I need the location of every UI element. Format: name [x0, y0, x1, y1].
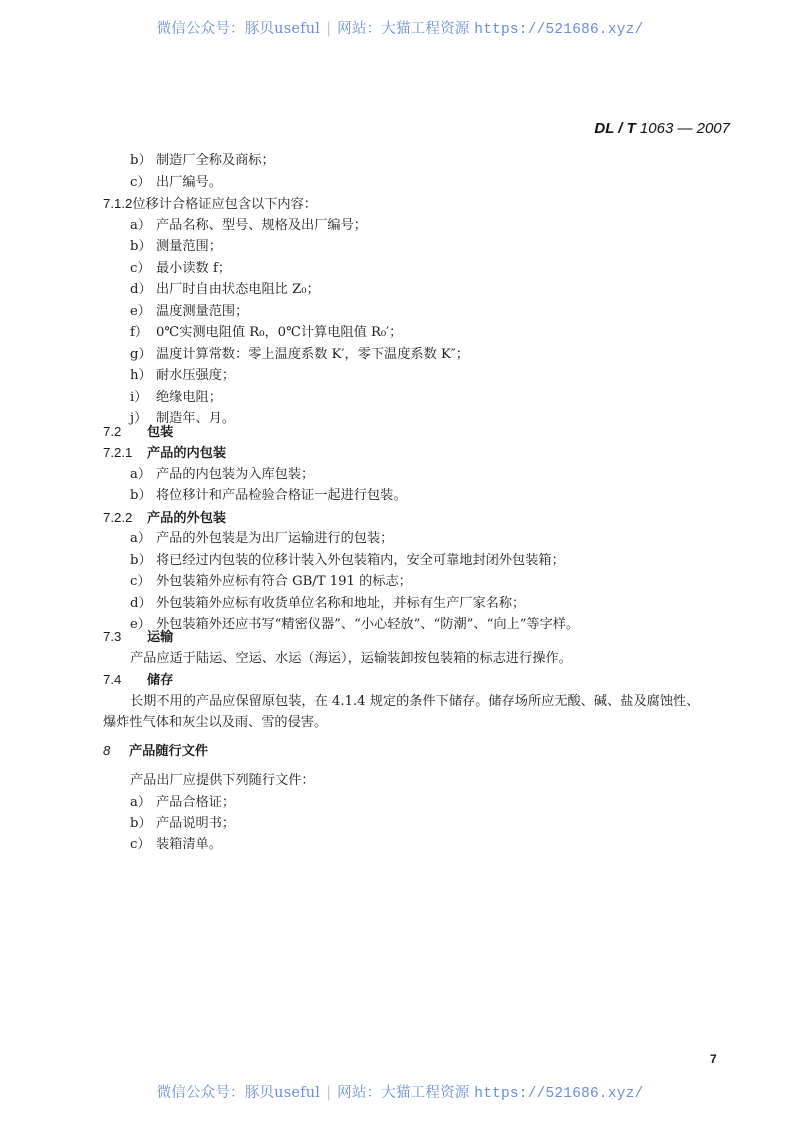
- section-heading-7-2: 7.2包装: [103, 423, 173, 441]
- section-heading-8: 8产品随行文件: [103, 742, 208, 760]
- watermark-account: 微信公众号：豚贝useful: [157, 1085, 321, 1101]
- watermark-url: https://521686.xyz/: [474, 22, 643, 38]
- section-heading-7-2-1: 7.2.1产品的内包装: [103, 444, 226, 462]
- list-item: c）出厂编号。: [130, 174, 222, 192]
- list-item: h）耐水压强度；: [130, 367, 235, 385]
- list-item: b）产品说明书；: [130, 815, 235, 833]
- list-item: b）测量范围；: [130, 238, 222, 256]
- watermark-url: https://521686.xyz/: [474, 1086, 643, 1102]
- list-item: b）制造厂全称及商标；: [130, 152, 275, 170]
- paragraph-continuation: 爆炸性气体和灰尘以及雨、雪的侵害。: [103, 714, 327, 732]
- list-item: e）温度测量范围；: [130, 303, 248, 321]
- list-item: c）最小读数 f；: [130, 260, 231, 278]
- list-item: a）产品的内包装为入库包装；: [130, 466, 314, 484]
- list-item: d）出厂时自由状态电阻比 Z₀；: [130, 281, 320, 299]
- standard-code: DL / T: [594, 120, 635, 137]
- section-heading-7-2-2: 7.2.2产品的外包装: [103, 509, 226, 527]
- list-item: d）外包装箱外应标有收货单位名称和地址，并标有生产厂家名称；: [130, 595, 525, 613]
- list-item: a）产品合格证；: [130, 794, 235, 812]
- watermark-account: 微信公众号：豚贝useful: [157, 21, 321, 37]
- section-heading-7-3: 7.3运输: [103, 628, 173, 646]
- watermark-site: 网站：大猫工程资源: [337, 21, 469, 37]
- watermark-separator: |: [326, 1085, 331, 1101]
- section-heading-7-1-2: 7.1.2位移计合格证应包含以下内容：: [103, 195, 317, 214]
- list-item: f）0℃实测电阻值 R₀，0℃计算电阻值 R₀′；: [130, 324, 402, 342]
- watermark-top: 微信公众号：豚贝useful|网站：大猫工程资源 https://521686.…: [0, 17, 800, 38]
- list-item: c）外包装箱外应标有符合 GB/T 191 的标志；: [130, 573, 412, 591]
- list-item: i）绝缘电阻；: [130, 389, 222, 407]
- section-heading-7-4: 7.4储存: [103, 671, 173, 689]
- standard-header: DL / T 1063 — 2007: [594, 120, 730, 137]
- watermark-site: 网站：大猫工程资源: [337, 1085, 469, 1101]
- list-item: b）将位移计和产品检验合格证一起进行包装。: [130, 487, 407, 505]
- list-item: a）产品名称、型号、规格及出厂编号；: [130, 217, 367, 235]
- watermark-bottom: 微信公众号：豚贝useful|网站：大猫工程资源 https://521686.…: [0, 1081, 800, 1102]
- paragraph: 产品出厂应提供下列随行文件：: [130, 772, 315, 790]
- list-item: a）产品的外包装是为出厂运输进行的包装；: [130, 530, 393, 548]
- page-number: 7: [710, 1052, 717, 1066]
- list-item: g）温度计算常数：零上温度系数 K′，零下温度系数 K″；: [130, 346, 469, 364]
- paragraph: 产品应适于陆运、空运、水运（海运），运输装卸按包装箱的标志进行操作。: [130, 650, 572, 668]
- list-item: c）装箱清单。: [130, 836, 222, 854]
- list-item: e）外包装箱外还应书写“精密仪器”、“小心轻放”、“防潮”、“向上”等字样。: [130, 616, 579, 634]
- paragraph: 长期不用的产品应保留原包装，在 4.1.4 规定的条件下储存。储存场所应无酸、碱…: [130, 693, 699, 711]
- standard-number: 1063 — 2007: [640, 120, 730, 137]
- list-item: b）将已经过内包装的位移计装入外包装箱内，安全可靠地封闭外包装箱；: [130, 552, 565, 570]
- watermark-separator: |: [326, 21, 331, 37]
